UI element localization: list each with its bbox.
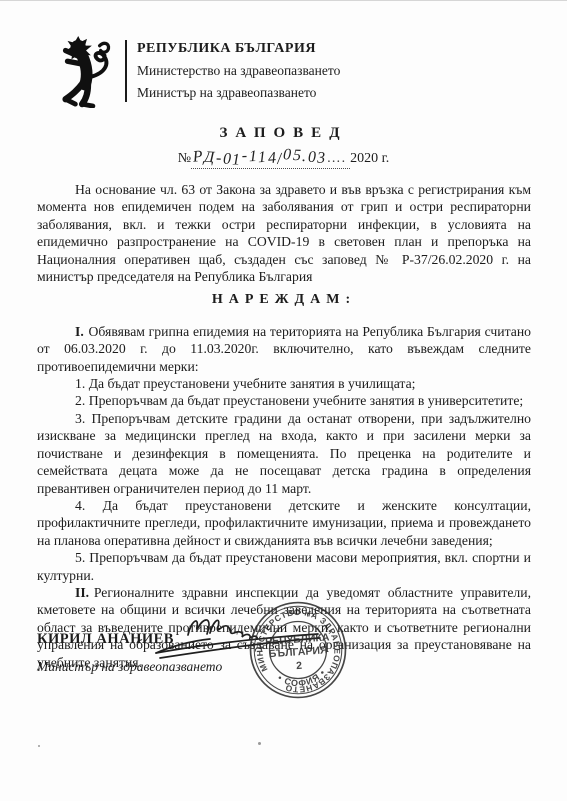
document-number-line: №РД-01-114/05.03….2020 г.	[0, 149, 567, 169]
letterhead-minister: Министър на здравеопазването	[137, 85, 340, 101]
letterhead-text: РЕПУБЛИКА БЪЛГАРИЯ Министерство на здрав…	[137, 41, 340, 101]
measure-item-4: 4. Да бъдат преустановени детските и жен…	[37, 497, 531, 549]
order-heading: НАРЕЖДАМ:	[37, 291, 531, 308]
measure-item-3: 3. Препоръчвам детските градини да остан…	[37, 410, 531, 497]
scan-speck	[38, 745, 40, 747]
letterhead: РЕПУБЛИКА БЪЛГАРИЯ Министерство на здрав…	[55, 34, 340, 108]
letterhead-divider	[125, 40, 127, 102]
measure-item-2: 2. Препоръчвам да бъдат преустановени уч…	[37, 392, 531, 409]
measure-item-5: 5. Препоръчвам да бъдат преустановени ма…	[37, 549, 531, 584]
handwritten-number: РД-01-114/05.03	[193, 148, 327, 169]
document-title: ЗАПОВЕД	[0, 125, 567, 142]
number-trailing-dots: ….	[327, 151, 347, 166]
section-two-number: II.	[75, 585, 89, 600]
letterhead-country: РЕПУБЛИКА БЪЛГАРИЯ	[137, 41, 340, 57]
lion-emblem-icon	[55, 34, 119, 108]
official-stamp: МИНИСТЕРСТВО НА ЗДРАВЕОПАЗВАНЕТО • СОФИЯ…	[240, 592, 356, 708]
section-one-paragraph: I.Обявявам грипна епидемия на територият…	[37, 323, 531, 375]
letterhead-ministry: Министерство на здравеопазването	[137, 63, 340, 79]
stamp-center-number: 2	[296, 660, 303, 672]
number-year: 2020 г.	[350, 151, 389, 166]
section-one-text: Обявявам грипна епидемия на територията …	[37, 324, 531, 374]
number-dotted-rule: РД-01-114/05.03….	[191, 149, 350, 169]
measure-item-1: 1. Да бъдат преустановени учебните занят…	[37, 375, 531, 392]
section-one-number: I.	[75, 324, 84, 339]
number-prefix: №	[178, 151, 191, 166]
scan-speck	[258, 742, 261, 745]
intro-paragraph: На основание чл. 63 от Закона за здравет…	[37, 181, 531, 285]
document-page: РЕПУБЛИКА БЪЛГАРИЯ Министерство на здрав…	[0, 0, 567, 801]
